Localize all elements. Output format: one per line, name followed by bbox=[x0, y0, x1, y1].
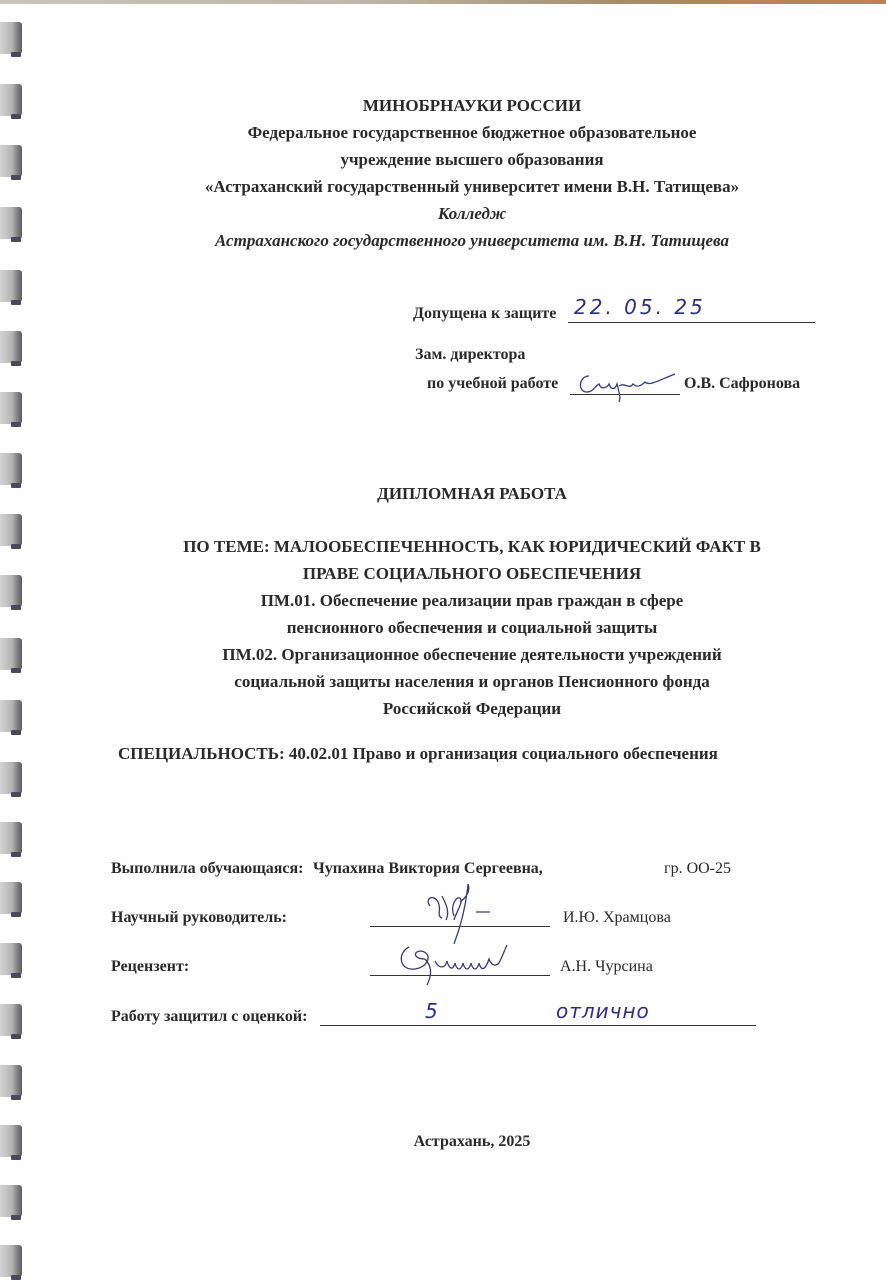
pm02-line-3: Российской Федерации bbox=[0, 698, 886, 720]
specialty-label: СПЕЦИАЛЬНОСТЬ: bbox=[118, 744, 285, 763]
student-label: Выполнила обучающаяся: bbox=[111, 858, 303, 880]
specialty-row: СПЕЦИАЛЬНОСТЬ: 40.02.01 Право и организа… bbox=[118, 743, 718, 765]
specialty-value: 40.02.01 Право и организация социального… bbox=[289, 744, 718, 763]
grade-line bbox=[320, 1025, 756, 1026]
reviewer-signature-icon bbox=[395, 935, 535, 995]
ministry-heading: МИНОБРНАУКИ РОССИИ bbox=[0, 95, 886, 117]
document-type: ДИПЛОМНАЯ РАБОТА bbox=[0, 483, 886, 505]
supervisor-name: И.Ю. Храмцова bbox=[563, 907, 671, 929]
grade-label: Работу защитил с оценкой: bbox=[111, 1006, 307, 1028]
pm01-line-2: пенсионного обеспечения и социальной защ… bbox=[0, 617, 886, 639]
grade-word-handwritten: отлично bbox=[556, 1000, 650, 1022]
city-year: Астрахань, 2025 bbox=[0, 1131, 886, 1153]
admitted-label: Допущена к защите bbox=[413, 303, 556, 325]
grade-number-handwritten: 5 bbox=[425, 1000, 441, 1022]
topic-line-2: ПРАВЕ СОЦИАЛЬНОГО ОБЕСПЕЧЕНИЯ bbox=[0, 563, 886, 585]
supervisor-label: Научный руководитель: bbox=[111, 907, 287, 929]
student-group: гр. ОО-25 bbox=[664, 858, 731, 880]
college-line-2: Астраханского государственного университ… bbox=[0, 230, 886, 252]
reviewer-name: А.Н. Чурсина bbox=[560, 956, 653, 978]
deputy-label-line-2: по учебной работе bbox=[427, 373, 558, 395]
admitted-date-line bbox=[568, 322, 815, 323]
admitted-date-handwritten: 22. 05. 25 bbox=[574, 296, 706, 318]
topic-line-1: ПО ТЕМЕ: МАЛООБЕСПЕЧЕННОСТЬ, КАК ЮРИДИЧЕ… bbox=[0, 536, 886, 558]
reviewer-label: Рецензент: bbox=[111, 956, 189, 978]
institution-line-1: Федеральное государственное бюджетное об… bbox=[0, 122, 886, 144]
pm02-line-2: социальной защиты населения и органов Пе… bbox=[0, 671, 886, 693]
title-page: МИНОБРНАУКИ РОССИИ Федеральное государст… bbox=[0, 0, 886, 1280]
college-line-1: Колледж bbox=[0, 203, 886, 225]
deputy-signature-icon bbox=[575, 368, 685, 404]
university-name: «Астраханский государственный университе… bbox=[0, 176, 886, 198]
pm01-line-1: ПМ.01. Обеспечение реализации прав гражд… bbox=[0, 590, 886, 612]
deputy-name: О.В. Сафронова bbox=[684, 373, 800, 395]
institution-line-2: учреждение высшего образования bbox=[0, 149, 886, 171]
pm02-line-1: ПМ.02. Организационное обеспечение деяте… bbox=[0, 644, 886, 666]
deputy-label-line-1: Зам. директора bbox=[415, 344, 525, 366]
